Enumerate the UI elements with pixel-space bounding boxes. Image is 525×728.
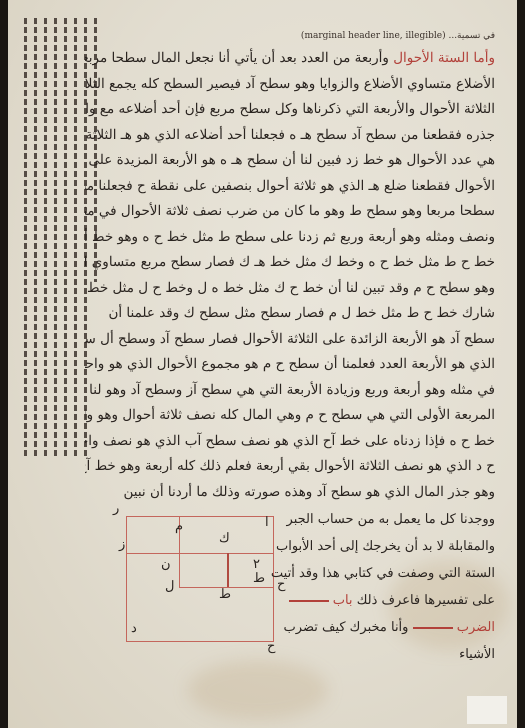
text-line: هي عدد الأحوال هو خط زد فبين لنا أن سطح … <box>85 148 495 174</box>
text-line: الأضلاع متساوي الأضلاع والزوايا وهو سطح … <box>85 72 495 98</box>
rubric-heading: وأما الستة الأحوال <box>393 50 495 66</box>
red-rule <box>413 627 453 629</box>
text-line: ح د الذي هو نصف الثلاثة الأحوال بقي أربع… <box>85 454 495 480</box>
text-line: الذي هو الأربعة العدد فعلمنا أن سطح ح م … <box>85 352 495 378</box>
text-line: الضرب وأنا مخبرك كيف تضرب الأشياء <box>255 614 495 668</box>
diagram-label: ن <box>161 557 171 572</box>
diagram-label: ر <box>113 501 119 516</box>
text-line: سطح آد هو الأربعة الزائدة على الثلاثة ال… <box>85 327 495 353</box>
text-line: ووجدنا كل ما يعمل به من حساب الجبر <box>255 506 495 533</box>
text-line: خط ح ط مثل خط ح ه وخط ك مثل خط هـ ك فصار… <box>85 250 495 276</box>
stain <box>188 660 328 720</box>
text-line: الأحوال فقطعنا ضلع هـ الذي هو ثلاثة أحوا… <box>85 174 495 200</box>
diagram-label: ك <box>219 531 230 546</box>
rubric-chapter: باب <box>333 593 353 608</box>
text-line: وهو سطح ح م وقد تبين لنا أن خط ح ك مثل خ… <box>85 276 495 302</box>
text-line: سطحا مربعا وهو سطح ط وهو ما كان من ضرب ن… <box>85 199 495 225</box>
red-rule <box>289 600 329 602</box>
text-line: وهو جذر المال الذي هو سطح آد وهذه صورته … <box>85 480 495 506</box>
text-line: الثلاثة الأحوال والأربعة التي ذكرناها وك… <box>85 97 495 123</box>
diagram-label: ل <box>165 579 174 594</box>
text-line: خط ح ه فإذا زدناه على خط آح الذي هو نصف … <box>85 429 495 455</box>
text-line: شارك خط ح ط مثل خط ل م فصار سطح مثل سطح … <box>85 301 495 327</box>
diagram-label: ز <box>119 537 125 552</box>
text-line: الستة التي وصفت في كتابي هذا وقد أتيت <box>255 560 495 587</box>
text-line: والمقابلة لا بد أن يخرجك إلى أحد الأبواب <box>255 533 495 560</box>
text-line: المربعة الأولى التي هي سطح ح م وهي المال… <box>85 403 495 429</box>
paper-label <box>467 696 507 724</box>
geometric-diagram: ر م ا ك ز ن ٢ ط ل ط ح د ح <box>126 516 274 642</box>
diagram-label: ط <box>219 587 231 602</box>
diagram-label: م <box>175 519 183 534</box>
text-line: على تفسيرها فاعرف ذلك باب <box>255 587 495 614</box>
main-text: في تسمية... (marginal header line, illeg… <box>85 30 495 505</box>
rubric-chapter-title: الضرب <box>457 620 495 635</box>
text-line: في مثله وهو أربعة وربع وزيادة الأربعة ال… <box>85 378 495 404</box>
text-line: ونصف ومثله وهو أربعة وربع ثم زدنا على سط… <box>85 225 495 251</box>
manuscript-page: في تسمية... (marginal header line, illeg… <box>8 0 517 728</box>
closing-text: ووجدنا كل ما يعمل به من حساب الجبر والمق… <box>255 506 495 668</box>
text-line: جذره فقطعنا من سطح آد سطح هـ ه فجعلنا أح… <box>85 123 495 149</box>
diagram-label: د <box>131 621 137 636</box>
header-note: في تسمية... (marginal header line, illeg… <box>85 30 495 42</box>
text-line: وأما الستة الأحوال وأربعة من العدد بعد أ… <box>85 46 495 72</box>
